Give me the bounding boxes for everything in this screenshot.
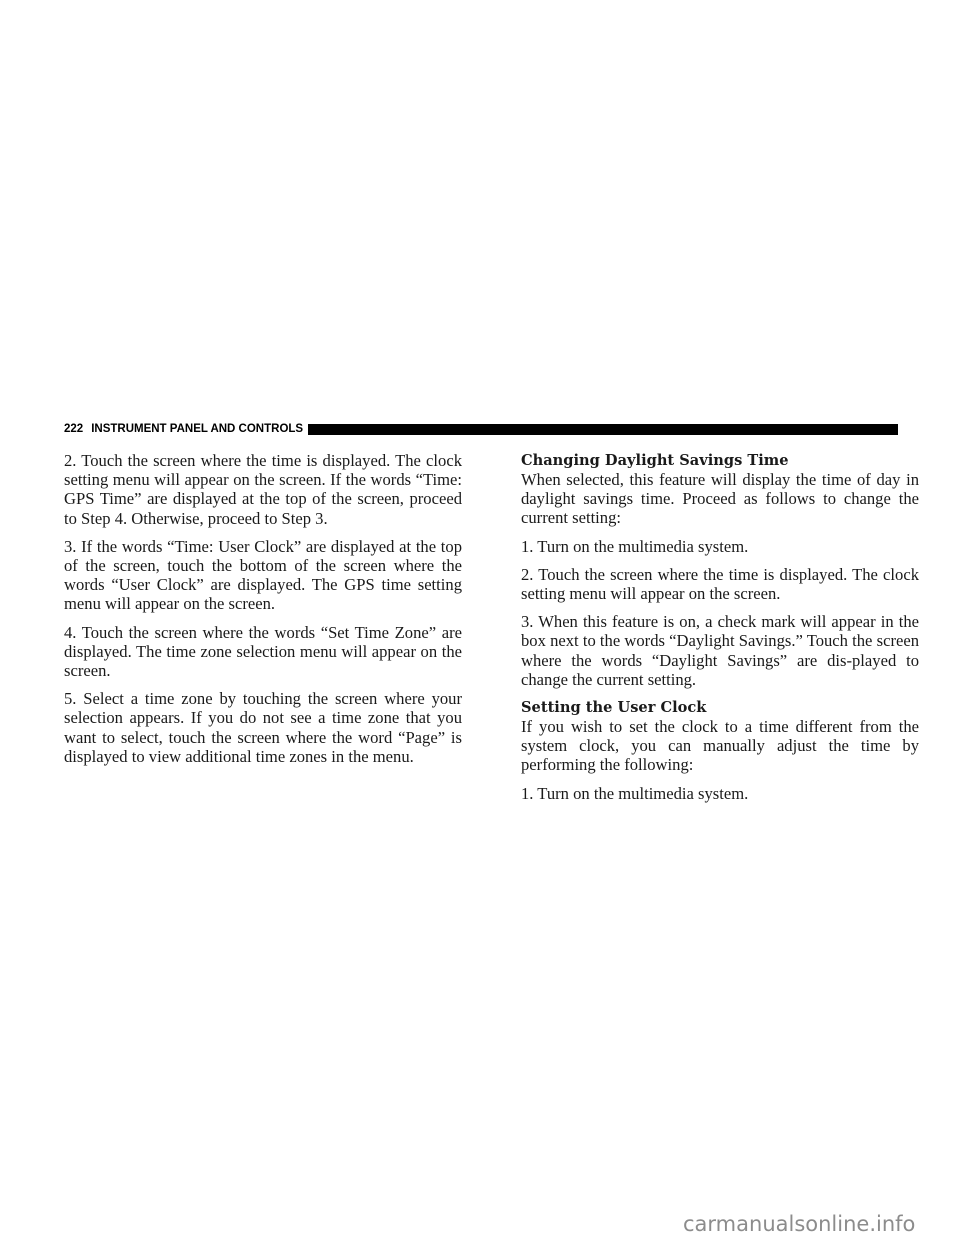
step-paragraph: 3. If the words “Time: User Clock” are d… (64, 537, 462, 614)
watermark-text: carmanualsonline.info (683, 1212, 915, 1236)
right-column: Changing Daylight Savings Time When sele… (521, 451, 919, 812)
step-paragraph: 2. Touch the screen where the time is di… (64, 451, 462, 528)
step-paragraph: 2. Touch the screen where the time is di… (521, 565, 919, 603)
left-column: 2. Touch the screen where the time is di… (64, 451, 462, 775)
page-number: 222 (64, 423, 83, 435)
page-header: 222 INSTRUMENT PANEL AND CONTROLS (64, 421, 898, 437)
step-paragraph: 5. Select a time zone by touching the sc… (64, 689, 462, 766)
section-title: INSTRUMENT PANEL AND CONTROLS (91, 423, 303, 435)
section-heading-user-clock: Setting the User Clock (521, 698, 919, 717)
step-paragraph: 1. Turn on the multimedia system. (521, 537, 919, 556)
header-rule (308, 424, 898, 435)
step-paragraph: 1. Turn on the multimedia system. (521, 784, 919, 803)
step-paragraph: 4. Touch the screen where the words “Set… (64, 623, 462, 681)
intro-paragraph: When selected, this feature will display… (521, 470, 919, 528)
section-heading-daylight-savings: Changing Daylight Savings Time (521, 451, 919, 470)
intro-paragraph: If you wish to set the clock to a time d… (521, 717, 919, 775)
step-paragraph: 3. When this feature is on, a check mark… (521, 612, 919, 689)
